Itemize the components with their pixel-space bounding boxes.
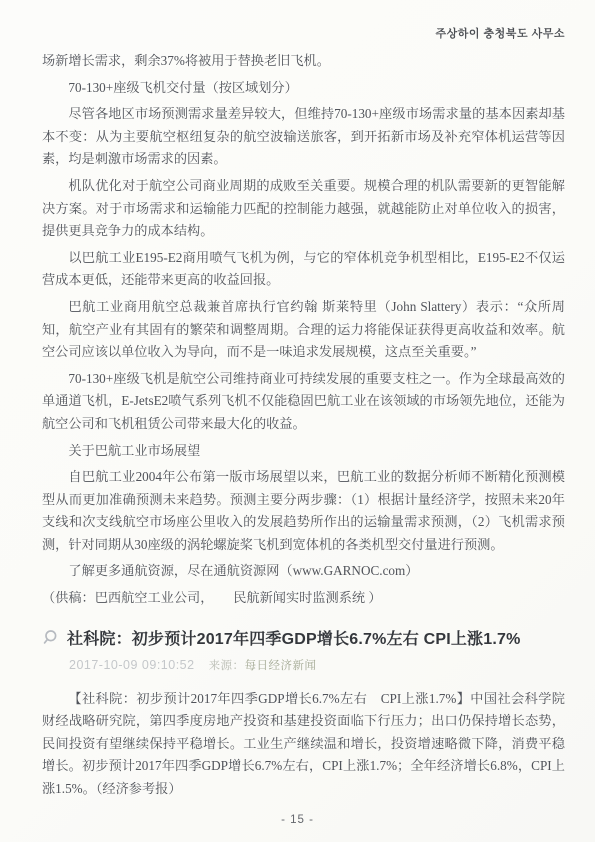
article-body: 场新增长需求，剩余37%将被用于替换老旧飞机。70-130+座级飞机交付量（按区… [42,50,565,610]
page-number: - 15 - [0,814,595,826]
news-headline: 社科院：初步预计2017年四季GDP增长6.7%左右 CPI上涨1.7% [67,626,521,649]
document-content: 场新增长需求，剩余37%将被用于替换老旧飞机。70-130+座级飞机交付量（按区… [42,50,565,805]
news-source: 每日经济新闻 [245,660,317,672]
article-paragraph: 关于巴航工业市场展望 [42,440,565,463]
scanned-document-page: 주상하이 충청북도 사무소 场新增长需求，剩余37%将被用于替换老旧飞机。70-… [0,0,595,842]
news-item: 社科院：初步预计2017年四季GDP增长6.7%左右 CPI上涨1.7% 201… [42,626,565,801]
article-paragraph: 了解更多通航资源，尽在通航资源网（www.GARNOC.com） [42,560,565,583]
article-paragraph: 70-130+座级飞机交付量（按区域划分） [42,77,565,100]
article-paragraph: 自巴航工业2004年公布第一版市场展望以来，巴航工业的数据分析师不断精化预测模型… [42,466,565,556]
news-headline-row: 社科院：初步预计2017年四季GDP增长6.7%左右 CPI上涨1.7% [42,626,565,649]
news-source-label: 来源： [209,660,245,672]
article-paragraph: 70-130+座级飞机是航空公司维持商业可持续发展的重要支柱之一。作为全球最高效… [42,368,565,436]
header-office-label: 주상하이 충청북도 사무소 [436,25,566,41]
magnifier-icon [42,629,58,645]
news-body: 【社科院：初步预计2017年四季GDP增长6.7%左右 CPI上涨1.7%】中国… [42,688,565,801]
news-meta: 2017-10-09 09:10:52 来源：每日经济新闻 [69,657,565,673]
article-paragraph: 巴航工业商用航空总裁兼首席执行官约翰 斯莱特里（John Slattery）表示… [42,296,565,364]
article-paragraph: （供稿：巴西航空工业公司， 民航新闻实时监测系统 ） [42,587,565,610]
article-paragraph: 尽管各地区市场预测需求量差异较大，但维持70-130+座级市场需求量的基本因素却… [42,103,565,171]
article-paragraph: 机队优化对于航空公司商业周期的成败至关重要。规模合理的机队需要新的更智能解决方案… [42,175,565,243]
article-paragraph: 以巴航工业E195-E2商用喷气飞机为例，与它的窄体机竞争机型相比，E195-E… [42,247,565,292]
article-paragraph: 场新增长需求，剩余37%将被用于替换老旧飞机。 [42,50,565,73]
news-timestamp: 2017-10-09 09:10:52 [69,658,195,672]
